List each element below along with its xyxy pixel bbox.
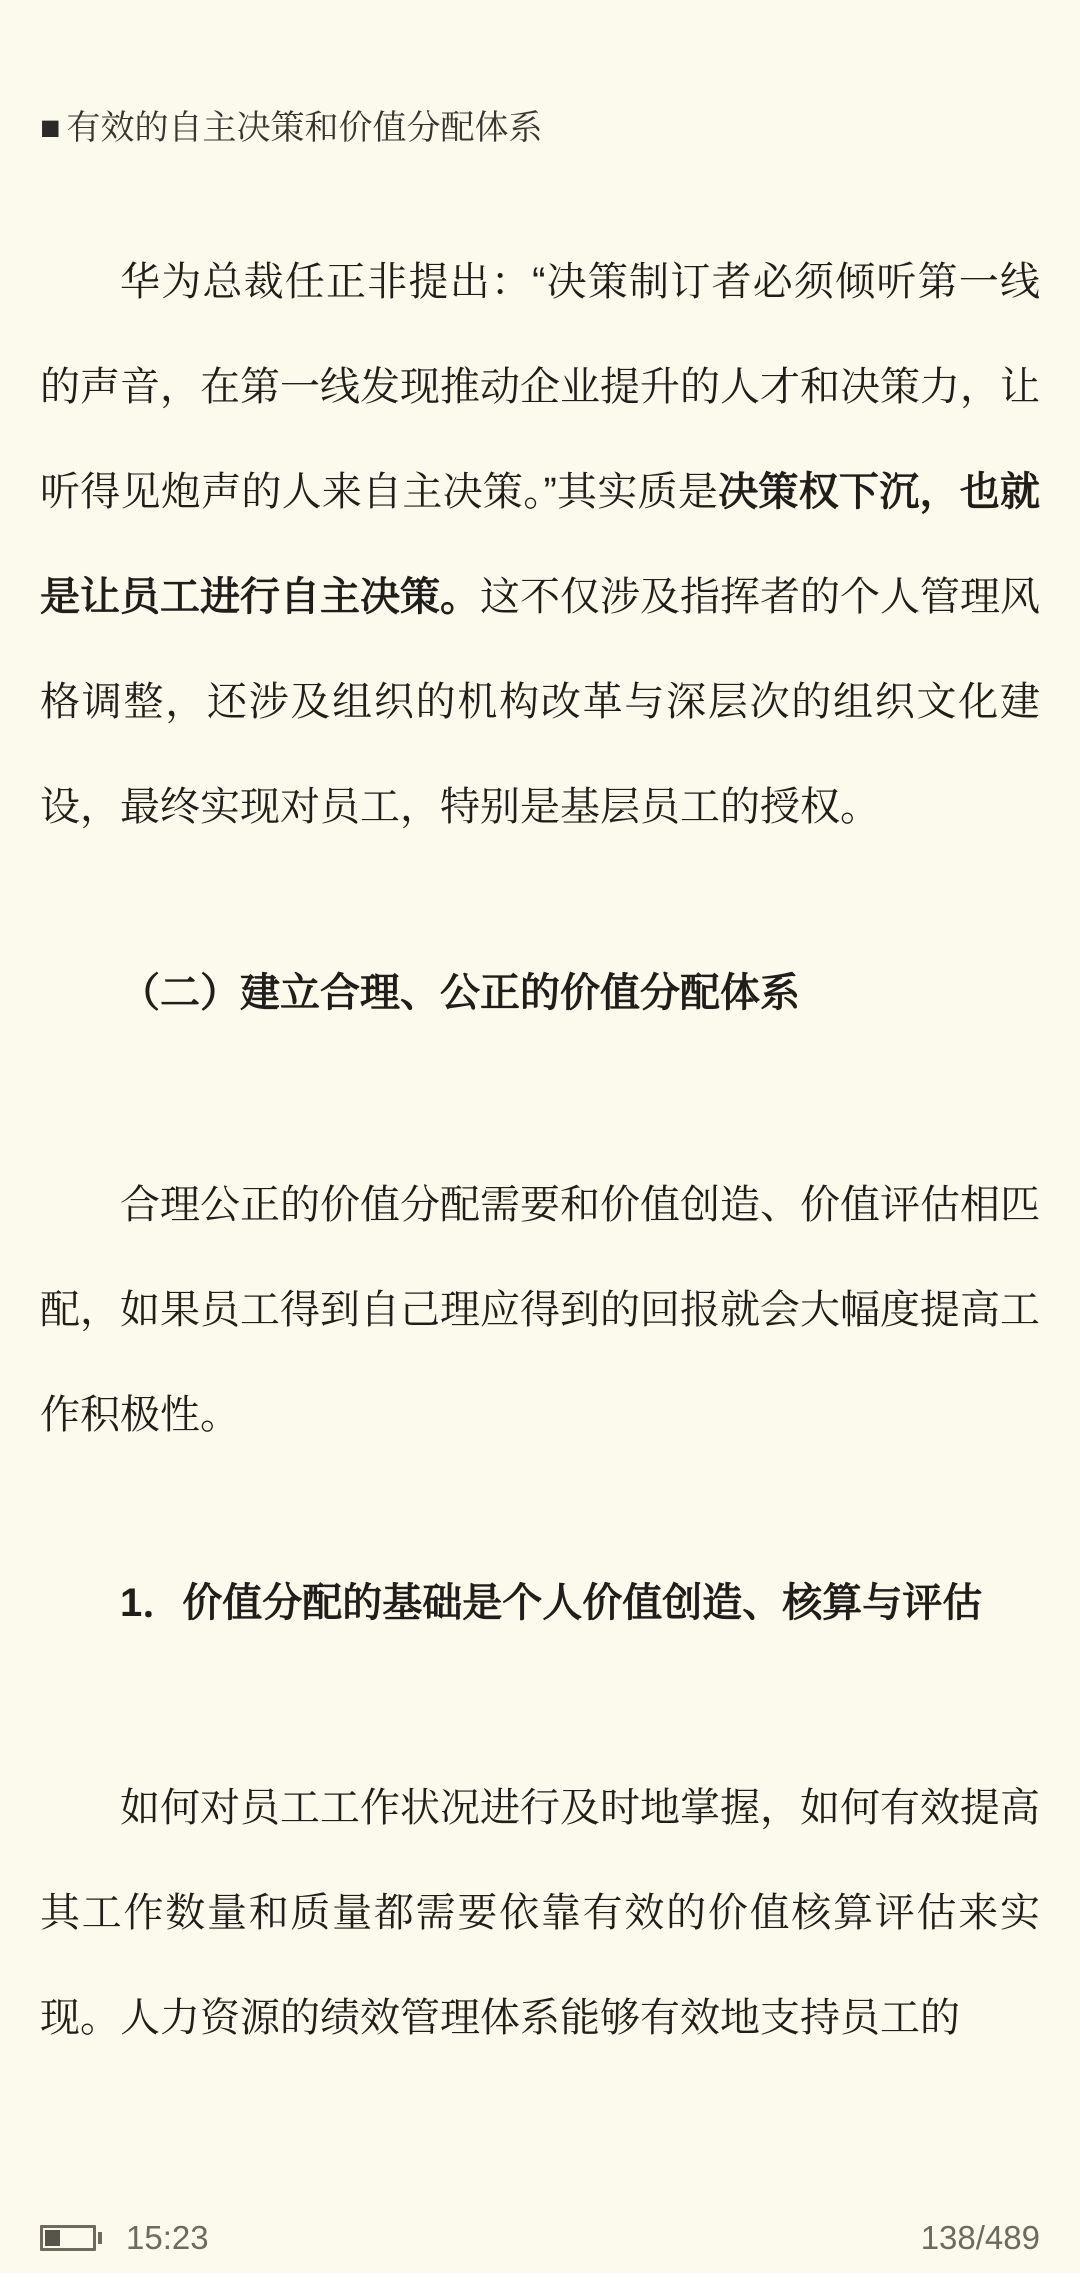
body-paragraph: 合理公正的价值分配需要和价值创造、价值评估相匹配，如果员工得到自己理应得到的回报… (40, 1153, 1040, 1468)
body-text: 合理公正的价值分配需要和价值创造、价值评估相匹配，如果员工得到自己理应得到的回报… (40, 1183, 1040, 1437)
bottom-strip (0, 2273, 1080, 2280)
body-paragraph: 华为总裁任正非提出：“决策制订者必须倾听第一线的声音，在第一线发现推动企业提升的… (40, 230, 1040, 860)
section-heading: 1．价值分配的基础是个人价值创造、核算与评估 (40, 1551, 1040, 1656)
emphasized-text: （二）建立合理、公正的价值分配体系 (120, 971, 800, 1015)
reader-page[interactable]: ■有效的自主决策和价值分配体系 华为总裁任正非提出：“决策制订者必须倾听第一线的… (0, 0, 1080, 2280)
body-paragraph: 如何对员工工作状况进行及时地掌握，如何有效提高其工作数量和质量都需要依靠有效的价… (40, 1756, 1040, 2071)
battery-nub (98, 2232, 102, 2244)
section-heading: （二）建立合理、公正的价值分配体系 (40, 941, 1040, 1046)
clock-time: 15:23 (126, 2219, 209, 2257)
status-bar: 15:23 138/489 (0, 2216, 1080, 2260)
battery-fill (45, 2230, 60, 2246)
chapter-title: 有效的自主决策和价值分配体系 (67, 109, 543, 147)
page-indicator: 138/489 (921, 2219, 1040, 2257)
chapter-header: ■有效的自主决策和价值分配体系 (40, 106, 1040, 150)
body-text: 如何对员工工作状况进行及时地掌握，如何有效提高其工作数量和质量都需要依靠有效的价… (40, 1786, 1040, 2040)
battery-icon (40, 2225, 96, 2251)
book-content: 华为总裁任正非提出：“决策制订者必须倾听第一线的声音，在第一线发现推动企业提升的… (0, 230, 1080, 2071)
emphasized-text: 1．价值分配的基础是个人价值创造、核算与评估 (120, 1581, 982, 1625)
section-marker-icon: ■ (40, 109, 61, 147)
